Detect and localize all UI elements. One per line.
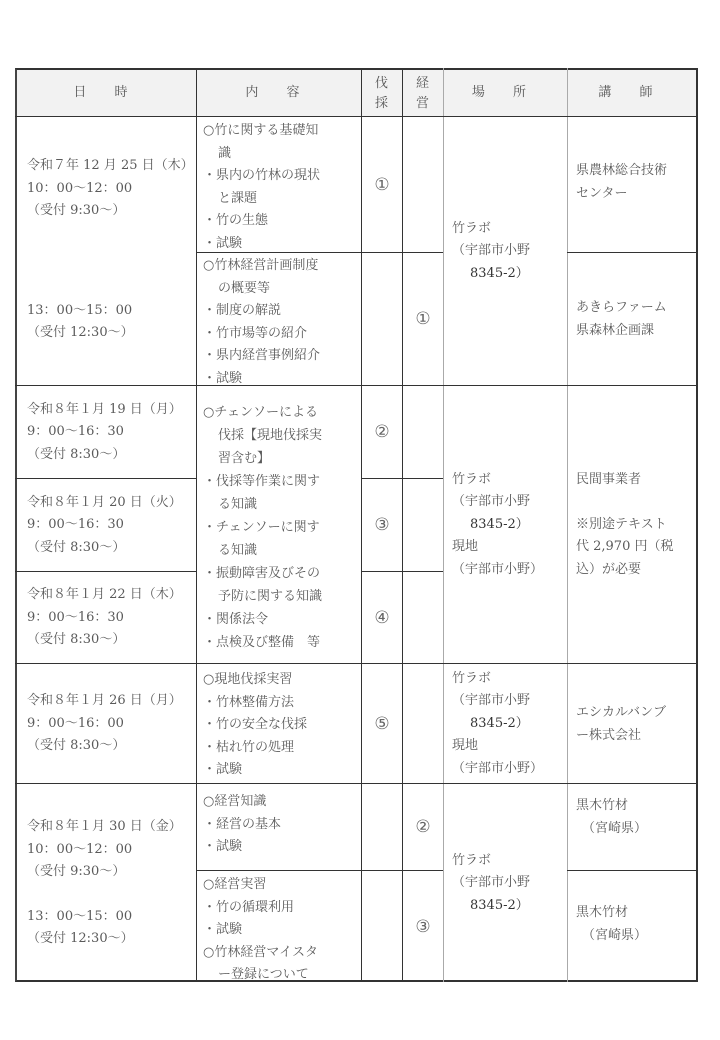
row2-management-mark: ① bbox=[403, 253, 443, 385]
content-line: ・県内の竹林の現状 bbox=[203, 165, 361, 188]
row7-management-mark: ② bbox=[403, 785, 443, 870]
time-line: 13：00〜15：00 bbox=[27, 300, 196, 323]
content-line: ○竹に関する基礎知 bbox=[203, 120, 361, 143]
venue-line: 8345-2） bbox=[452, 713, 567, 736]
row6-felling-mark: ⑤ bbox=[362, 665, 402, 783]
time-line: 9：00〜16：30 bbox=[27, 421, 196, 444]
venue-line: （宇部市小野 bbox=[452, 872, 567, 895]
header-venue: 場 所 bbox=[443, 70, 567, 117]
reception-line: （受付 12:30〜） bbox=[27, 928, 196, 951]
row6-instructor: エシカルバンブ ー株式会社 bbox=[568, 702, 698, 747]
time-line: 9：00〜16：30 bbox=[27, 514, 196, 537]
rows3-5-instructor: 民間事業者 ※別途テキスト 代 2,970 円（税 込）が必要 bbox=[568, 469, 698, 581]
textbook-note: 代 2,970 円（税 bbox=[576, 536, 698, 559]
content-line: ○現地伐採実習 bbox=[203, 669, 361, 692]
content-line: 予防に関する知識 bbox=[203, 585, 361, 608]
header-datetime: 日 時 bbox=[17, 70, 196, 117]
content-line: ・竹の循環利用 bbox=[203, 897, 361, 920]
date-line: 令和８年１月 20 日（火） bbox=[27, 492, 196, 515]
content-line: ー登録について bbox=[203, 964, 361, 987]
row7-content: ○経営知識 ・経営の基本 ・試験 bbox=[197, 789, 361, 870]
row2-content: ○竹林経営計画制度 の概要等 ・制度の解説 ・竹市場等の紹介 ・県内経営事例紹介… bbox=[197, 253, 361, 385]
header-management: 経 営 bbox=[402, 70, 443, 117]
venue-line: （宇部市小野） bbox=[452, 758, 567, 781]
content-line: ・チェンソーに関す bbox=[203, 516, 361, 539]
time-line: 10：00〜12：00 bbox=[27, 839, 196, 862]
venue-line: 現地 bbox=[452, 536, 567, 559]
content-line: ・枯れ竹の処理 bbox=[203, 737, 361, 760]
instructor-line: 民間事業者 bbox=[576, 469, 698, 492]
content-line: ・点検及び整備 等 bbox=[203, 631, 361, 654]
instructor-line: あきらファーム bbox=[576, 297, 698, 320]
reception-line: （受付 8:30〜） bbox=[27, 735, 196, 758]
row3-felling-mark: ② bbox=[362, 387, 402, 478]
row5-date: 令和８年１月 22 日（木） 9：00〜16：30 （受付 8:30〜） bbox=[17, 573, 196, 663]
instructor-line: 県森林企画課 bbox=[576, 320, 698, 343]
row1-felling-mark: ① bbox=[362, 118, 402, 252]
time-line: 9：00〜16：30 bbox=[27, 607, 196, 630]
instructor-line: 黒木竹材 bbox=[576, 795, 698, 818]
content-line: ・関係法令 bbox=[203, 608, 361, 631]
rows1-2-venue: 竹ラボ （宇部市小野 8345-2） bbox=[444, 118, 567, 385]
time-line: 13：00〜15：00 bbox=[27, 906, 196, 929]
row-divider bbox=[196, 870, 443, 871]
venue-line: 竹ラボ bbox=[452, 469, 567, 492]
content-line: 習含む】 bbox=[203, 447, 361, 470]
row-divider bbox=[15, 478, 196, 479]
date-line: 令和８年１月 26 日（月） bbox=[27, 690, 196, 713]
rows3-5-content: ○チェンソーによる 伐採【現地伐採実 習含む】 ・伐採等作業に関す る知識 ・チ… bbox=[197, 399, 361, 663]
date-line: 令和８年１月 19 日（月） bbox=[27, 399, 196, 422]
content-line: ・試験 bbox=[203, 368, 361, 391]
spacer bbox=[576, 492, 698, 514]
content-line: ・経営の基本 bbox=[203, 814, 361, 837]
venue-line: （宇部市小野 bbox=[452, 491, 567, 514]
header-instructor: 講 師 bbox=[567, 70, 696, 117]
venue-line: 8345-2） bbox=[452, 895, 567, 918]
rows3-5-venue: 竹ラボ （宇部市小野 8345-2） 現地 （宇部市小野） bbox=[444, 387, 567, 663]
content-line: ○経営知識 bbox=[203, 791, 361, 814]
content-line: ・竹の安全な伐採 bbox=[203, 714, 361, 737]
row4-felling-mark: ③ bbox=[362, 480, 402, 571]
instructor-line: 黒木竹材 bbox=[576, 902, 698, 925]
venue-line: （宇部市小野 bbox=[452, 690, 567, 713]
row2-instructor: あきらファーム 県森林企画課 bbox=[568, 297, 698, 342]
row4-date: 令和８年１月 20 日（火） 9：00〜16：30 （受付 8:30〜） bbox=[17, 480, 196, 571]
rows7-8-venue: 竹ラボ （宇部市小野 8345-2） bbox=[444, 785, 567, 982]
header-content: 内 容 bbox=[196, 70, 361, 117]
content-line: る知識 bbox=[203, 493, 361, 516]
row-divider bbox=[361, 478, 443, 479]
rows7-8-date: 令和８年１月 30 日（金） 10：00〜12：00 （受付 9:30〜） 13… bbox=[17, 785, 196, 982]
content-line: 伐採【現地伐採実 bbox=[203, 424, 361, 447]
content-line: ・振動障害及びその bbox=[203, 562, 361, 585]
row-divider bbox=[15, 571, 196, 572]
venue-line: 竹ラボ bbox=[452, 850, 567, 873]
venue-line: （宇部市小野） bbox=[452, 559, 567, 582]
textbook-note: ※別途テキスト bbox=[576, 514, 698, 537]
content-line: ・竹の生態 bbox=[203, 210, 361, 233]
venue-line: 8345-2） bbox=[452, 263, 567, 286]
venue-line: 現地 bbox=[452, 735, 567, 758]
row-divider bbox=[361, 571, 443, 572]
header-management-line1: 経 bbox=[416, 74, 429, 94]
content-line: る知識 bbox=[203, 539, 361, 562]
reception-line: （受付 8:30〜） bbox=[27, 629, 196, 652]
row-divider bbox=[567, 870, 698, 871]
instructor-line: （宮崎県） bbox=[576, 925, 698, 948]
content-line: 識 bbox=[203, 143, 361, 166]
time-line: 9：00〜16：00 bbox=[27, 713, 196, 736]
content-line: と課題 bbox=[203, 188, 361, 211]
time-line: 10：00〜12：00 bbox=[27, 178, 196, 201]
reception-line: （受付 9:30〜） bbox=[27, 200, 196, 223]
content-line: ○経営実習 bbox=[203, 874, 361, 897]
row2-felling-mark bbox=[362, 253, 402, 385]
row7-instructor: 黒木竹材 （宮崎県） bbox=[568, 795, 698, 840]
content-line: の概要等 bbox=[203, 278, 361, 301]
content-line: ・竹市場等の紹介 bbox=[203, 323, 361, 346]
reception-line: （受付 9:30〜） bbox=[27, 861, 196, 884]
header-felling-line1: 伐 bbox=[375, 74, 388, 94]
content-line: ・伐採等作業に関す bbox=[203, 470, 361, 493]
header-felling: 伐 採 bbox=[361, 70, 402, 117]
row1-management-mark bbox=[403, 118, 443, 252]
row-divider bbox=[15, 783, 698, 784]
content-line: ○竹林経営マイスタ bbox=[203, 942, 361, 965]
row2-date: 13：00〜15：00 （受付 12:30〜） bbox=[17, 253, 196, 385]
row-divider bbox=[15, 663, 698, 664]
textbook-note: 込）が必要 bbox=[576, 559, 698, 582]
instructor-line: センター bbox=[576, 183, 698, 206]
content-line: ・試験 bbox=[203, 919, 361, 942]
row8-instructor: 黒木竹材 （宮崎県） bbox=[568, 902, 698, 947]
row-divider bbox=[15, 116, 698, 117]
row6-content: ○現地伐採実習 ・竹林整備方法 ・竹の安全な伐採 ・枯れ竹の処理 ・試験 bbox=[197, 667, 361, 783]
instructor-line: エシカルバンブ bbox=[576, 702, 698, 725]
row6-venue: 竹ラボ （宇部市小野 8345-2） 現地 （宇部市小野） bbox=[444, 665, 567, 783]
reception-line: （受付 12:30〜） bbox=[27, 322, 196, 345]
reception-line: （受付 8:30〜） bbox=[27, 444, 196, 467]
row1-date: 令和７年 12 月 25 日（木） 10：00〜12：00 （受付 9:30〜） bbox=[17, 118, 196, 252]
header-management-line2: 営 bbox=[416, 94, 429, 114]
content-line: ・試験 bbox=[203, 759, 361, 782]
row5-felling-mark: ④ bbox=[362, 573, 402, 663]
venue-line: 竹ラボ bbox=[452, 668, 567, 691]
row1-instructor: 県農林総合技術 センター bbox=[568, 160, 698, 205]
row6-date: 令和８年１月 26 日（月） 9：00〜16：00 （受付 8:30〜） bbox=[17, 665, 196, 783]
content-line: ・試験 bbox=[203, 836, 361, 859]
content-line: ・県内経営事例紹介 bbox=[203, 345, 361, 368]
content-line: ・試験 bbox=[203, 233, 361, 256]
row-divider bbox=[567, 252, 698, 253]
venue-line: 8345-2） bbox=[452, 514, 567, 537]
instructor-line: （宮崎県） bbox=[576, 818, 698, 841]
content-line: ・竹林整備方法 bbox=[203, 692, 361, 715]
venue-line: （宇部市小野 bbox=[452, 240, 567, 263]
row8-management-mark: ③ bbox=[403, 872, 443, 982]
date-line: 令和７年 12 月 25 日（木） bbox=[27, 155, 196, 178]
row3-date: 令和８年１月 19 日（月） 9：00〜16：30 （受付 8:30〜） bbox=[17, 387, 196, 478]
spacer bbox=[27, 884, 196, 906]
row1-content: ○竹に関する基礎知 識 ・県内の竹林の現状 と課題 ・竹の生態 ・試験 bbox=[197, 118, 361, 252]
header-felling-line2: 採 bbox=[375, 94, 388, 114]
row8-content: ○経営実習 ・竹の循環利用 ・試験 ○竹林経営マイスタ ー登録について bbox=[197, 872, 361, 982]
content-line: ・制度の解説 bbox=[203, 300, 361, 323]
content-line: ○チェンソーによる bbox=[203, 401, 361, 424]
date-line: 令和８年１月 30 日（金） bbox=[27, 816, 196, 839]
instructor-line: ー株式会社 bbox=[576, 725, 698, 748]
reception-line: （受付 8:30〜） bbox=[27, 537, 196, 560]
instructor-line: 県農林総合技術 bbox=[576, 160, 698, 183]
content-line: ○竹林経営計画制度 bbox=[203, 255, 361, 278]
venue-line: 竹ラボ bbox=[452, 218, 567, 241]
date-line: 令和８年１月 22 日（木） bbox=[27, 584, 196, 607]
